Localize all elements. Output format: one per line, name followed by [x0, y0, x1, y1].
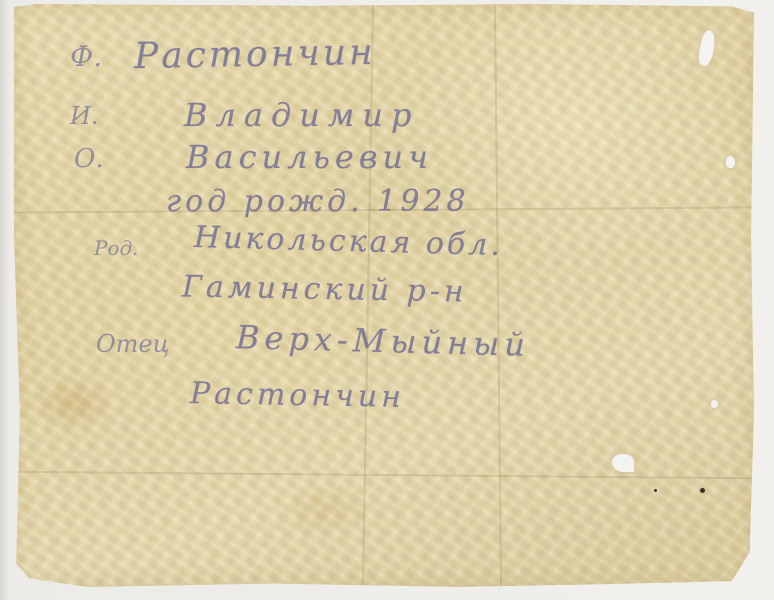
aged-paper-sheet: Ф. Растончин И. Владимир О. Васильевич г…	[14, 4, 754, 587]
surname-label: Ф.	[70, 40, 102, 73]
first-name-text: Владимир	[184, 96, 419, 134]
region-text: Никольская обл.	[194, 220, 504, 263]
father-label: Отец	[96, 330, 169, 358]
patronymic-text: Васильевич	[186, 138, 433, 176]
birthplace-label: Род.	[94, 236, 139, 260]
first-name-label: И.	[70, 102, 99, 130]
scanned-document: Ф. Растончин И. Владимир О. Васильевич г…	[0, 0, 774, 600]
paper-hole	[697, 29, 717, 67]
birth-year-text: год рожд. 1928	[166, 184, 470, 219]
ink-speck	[700, 488, 705, 493]
father-text: Верх-Мыйный	[236, 318, 531, 364]
paper-hole	[711, 400, 718, 408]
surname-text: Растончин	[134, 32, 376, 77]
paper-hole	[612, 454, 634, 472]
district-text: Гаминский р-н	[182, 270, 468, 310]
paper-hole	[726, 156, 735, 168]
ink-speck	[654, 489, 657, 492]
fold-line	[14, 471, 754, 479]
patronymic-label: О.	[74, 144, 104, 174]
fold-line	[494, 4, 502, 587]
father-surname-text: Растончин	[190, 376, 405, 415]
